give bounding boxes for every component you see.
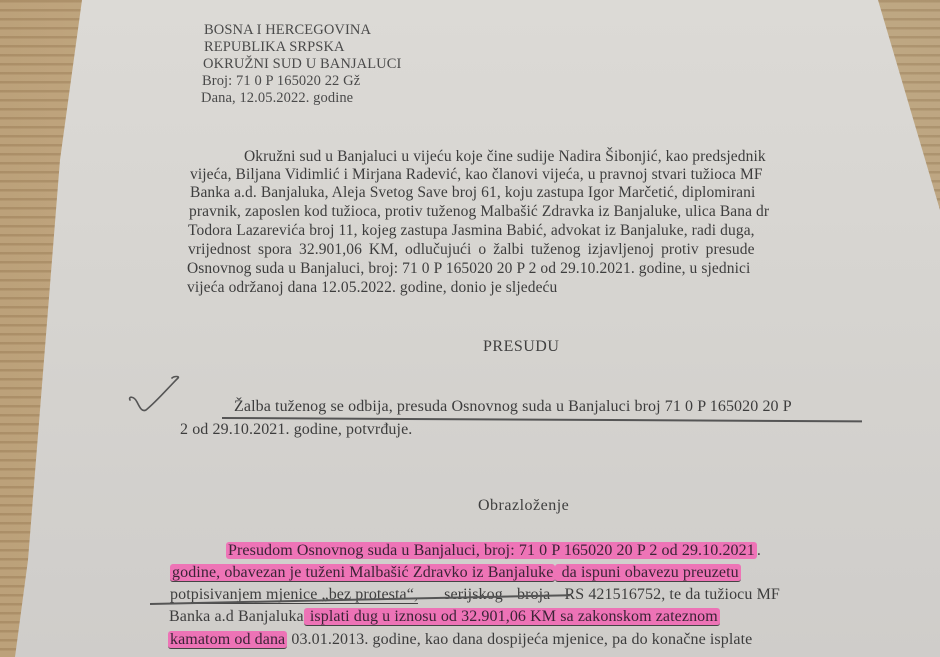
reasoning-title: Obrazloženje [478,496,569,515]
intro-line: vijeća, Biljana Vidimlić i Mirjana Radev… [190,165,763,184]
highlighted-text: Presudom Osnovnog suda u Banjaluci, broj… [226,542,757,559]
highlighted-text: da ispuni obavezu preuzetu [555,564,740,582]
intro-line: Osnovnog suda u Banjaluci, broj: 71 0 P … [187,259,750,278]
header-country: BOSNA I HERCEGOVINA [204,22,371,40]
intro-line: Todora Lazarevića broj 11, kojeg zastupa… [188,221,755,240]
intro-line: Okružni sud u Banjaluci u vijeću koje či… [244,147,766,166]
reasoning-line-1: Presudom Osnovnog suda u Banjaluci, broj… [226,541,761,560]
header-court: OKRUŽNI SUD U BANJALUCI [203,56,401,74]
reasoning-line-4: Banka a.d Banjaluka isplati dug u iznosu… [169,607,720,626]
highlighted-text: godine, obavezan je tuženi Malbašić Zdra… [170,564,555,582]
verdict-line: 2 od 29.10.2021. godine, potvrđuje. [180,420,412,439]
verdict-title: PRESUDU [483,337,559,356]
intro-line: Banka a.d. Banjaluka, Aleja Svetog Save … [190,183,755,202]
verdict-line: Žalba tuženog se odbija, presuda Osnovno… [234,397,792,416]
header-entity: REPUBLIKA SRPSKA [204,39,345,57]
highlighted-text: isplati dug u iznosu od 32.901,06 KM sa … [304,608,720,626]
highlighted-text: kamatom od dana [168,631,287,649]
reasoning-line-5: kamatom od dana 03.01.2013. godine, kao … [168,630,752,649]
intro-line: vrijednost spora 32.901,06 KM, odlučujuć… [188,240,755,259]
header-case-number: Broj: 71 0 P 165020 22 Gž [202,73,360,91]
handwritten-check-icon [124,372,184,418]
intro-line: pravnik, zaposlen kod tužioca, protiv tu… [189,202,769,221]
intro-line: vijeća održanoj dana 12.05.2022. godine,… [187,278,557,297]
reasoning-line-2: godine, obavezan je tuženi Malbašić Zdra… [170,563,741,582]
header-date: Dana, 12.05.2022. godine [201,90,353,108]
